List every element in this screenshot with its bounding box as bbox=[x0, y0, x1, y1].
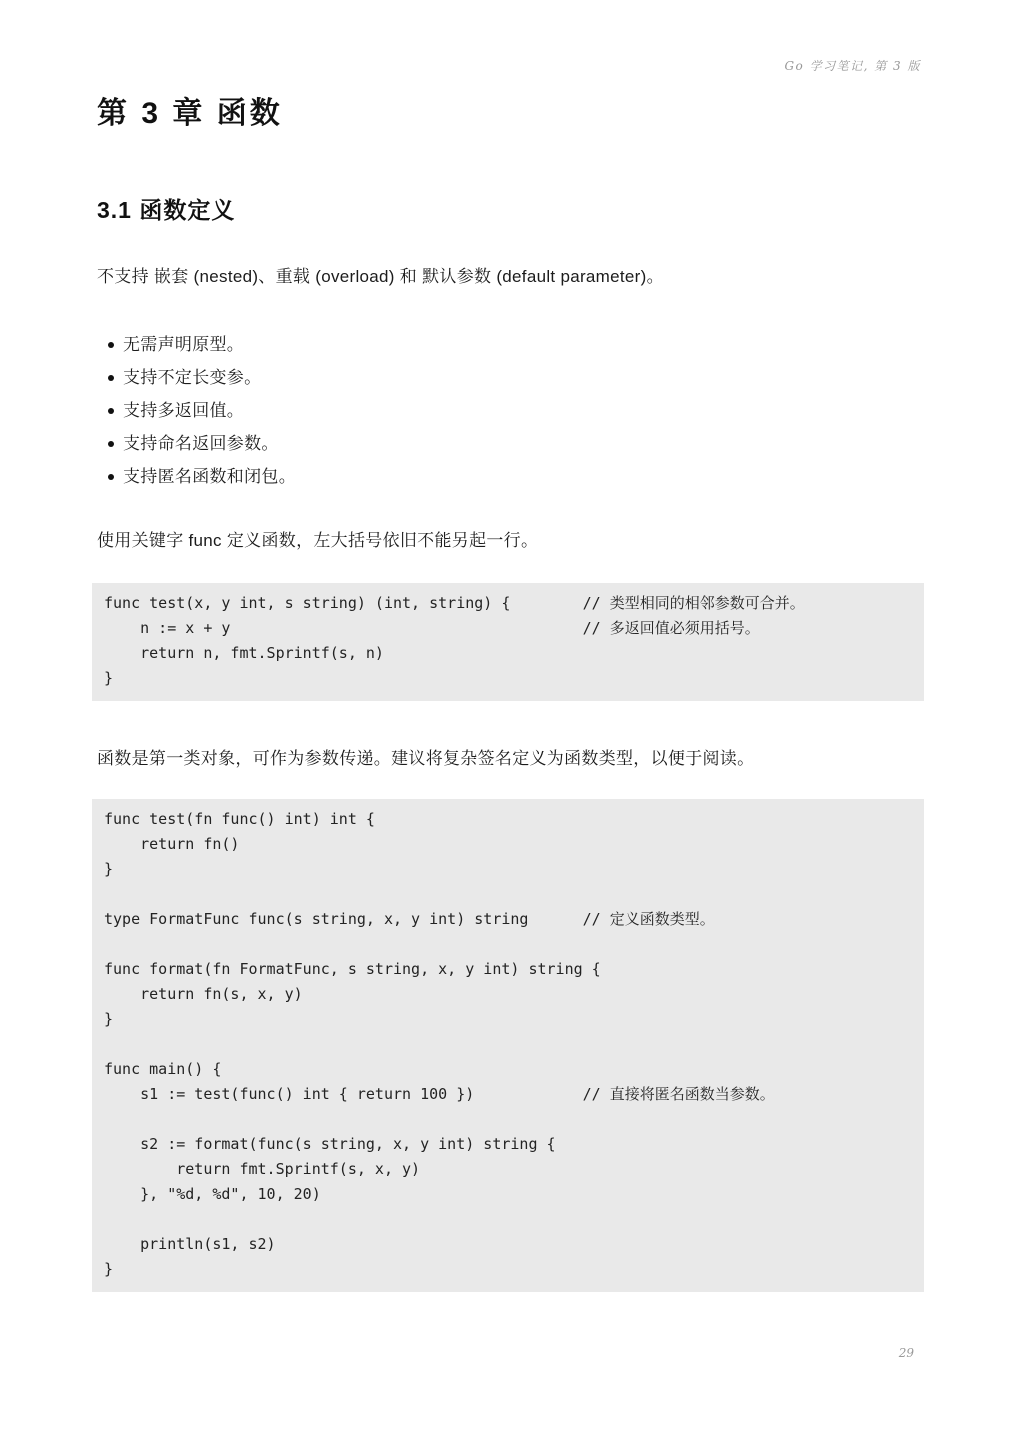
list-item-label: 支持匿名函数和闭包。 bbox=[123, 467, 296, 486]
page-content: 第 3 章 函数 3.1 函数定义 不支持 嵌套 (nested)、重载 (ov… bbox=[97, 0, 922, 1292]
code-text: func test(fn func() int) int { return fn… bbox=[104, 807, 914, 1282]
list-item: 支持匿名函数和闭包。 bbox=[123, 465, 922, 489]
bullet-icon bbox=[108, 342, 114, 348]
list-item-label: 支持多返回值。 bbox=[123, 401, 244, 420]
section-title: 3.1 函数定义 bbox=[97, 192, 922, 225]
bullet-icon bbox=[108, 474, 114, 480]
intro-paragraph: 不支持 嵌套 (nested)、重载 (overload) 和 默认参数 (de… bbox=[97, 265, 922, 289]
bullet-icon bbox=[108, 375, 114, 381]
running-header: Go 学习笔记, 第 3 版 bbox=[784, 57, 921, 74]
func-keyword-paragraph: 使用关键字 func 定义函数，左大括号依旧不能另起一行。 bbox=[97, 529, 922, 553]
code-block-format-func: func test(fn func() int) int { return fn… bbox=[92, 799, 924, 1292]
code-block-func-test: func test(x, y int, s string) (int, stri… bbox=[92, 583, 924, 701]
bullet-icon bbox=[108, 408, 114, 414]
list-item-label: 支持不定长变参。 bbox=[123, 368, 261, 387]
list-item-label: 无需声明原型。 bbox=[123, 335, 244, 354]
first-class-paragraph: 函数是第一类对象，可作为参数传递。建议将复杂签名定义为函数类型，以便于阅读。 bbox=[97, 747, 922, 771]
list-item: 支持多返回值。 bbox=[123, 399, 922, 423]
bullet-icon bbox=[108, 441, 114, 447]
feature-bullet-list: 无需声明原型。 支持不定长变参。 支持多返回值。 支持命名返回参数。 支持匿名函… bbox=[97, 333, 922, 489]
list-item: 支持不定长变参。 bbox=[123, 366, 922, 390]
code-text: func test(x, y int, s string) (int, stri… bbox=[104, 591, 914, 691]
page-number: 29 bbox=[899, 1346, 914, 1360]
list-item: 支持命名返回参数。 bbox=[123, 432, 922, 456]
list-item: 无需声明原型。 bbox=[123, 333, 922, 357]
list-item-label: 支持命名返回参数。 bbox=[123, 434, 279, 453]
